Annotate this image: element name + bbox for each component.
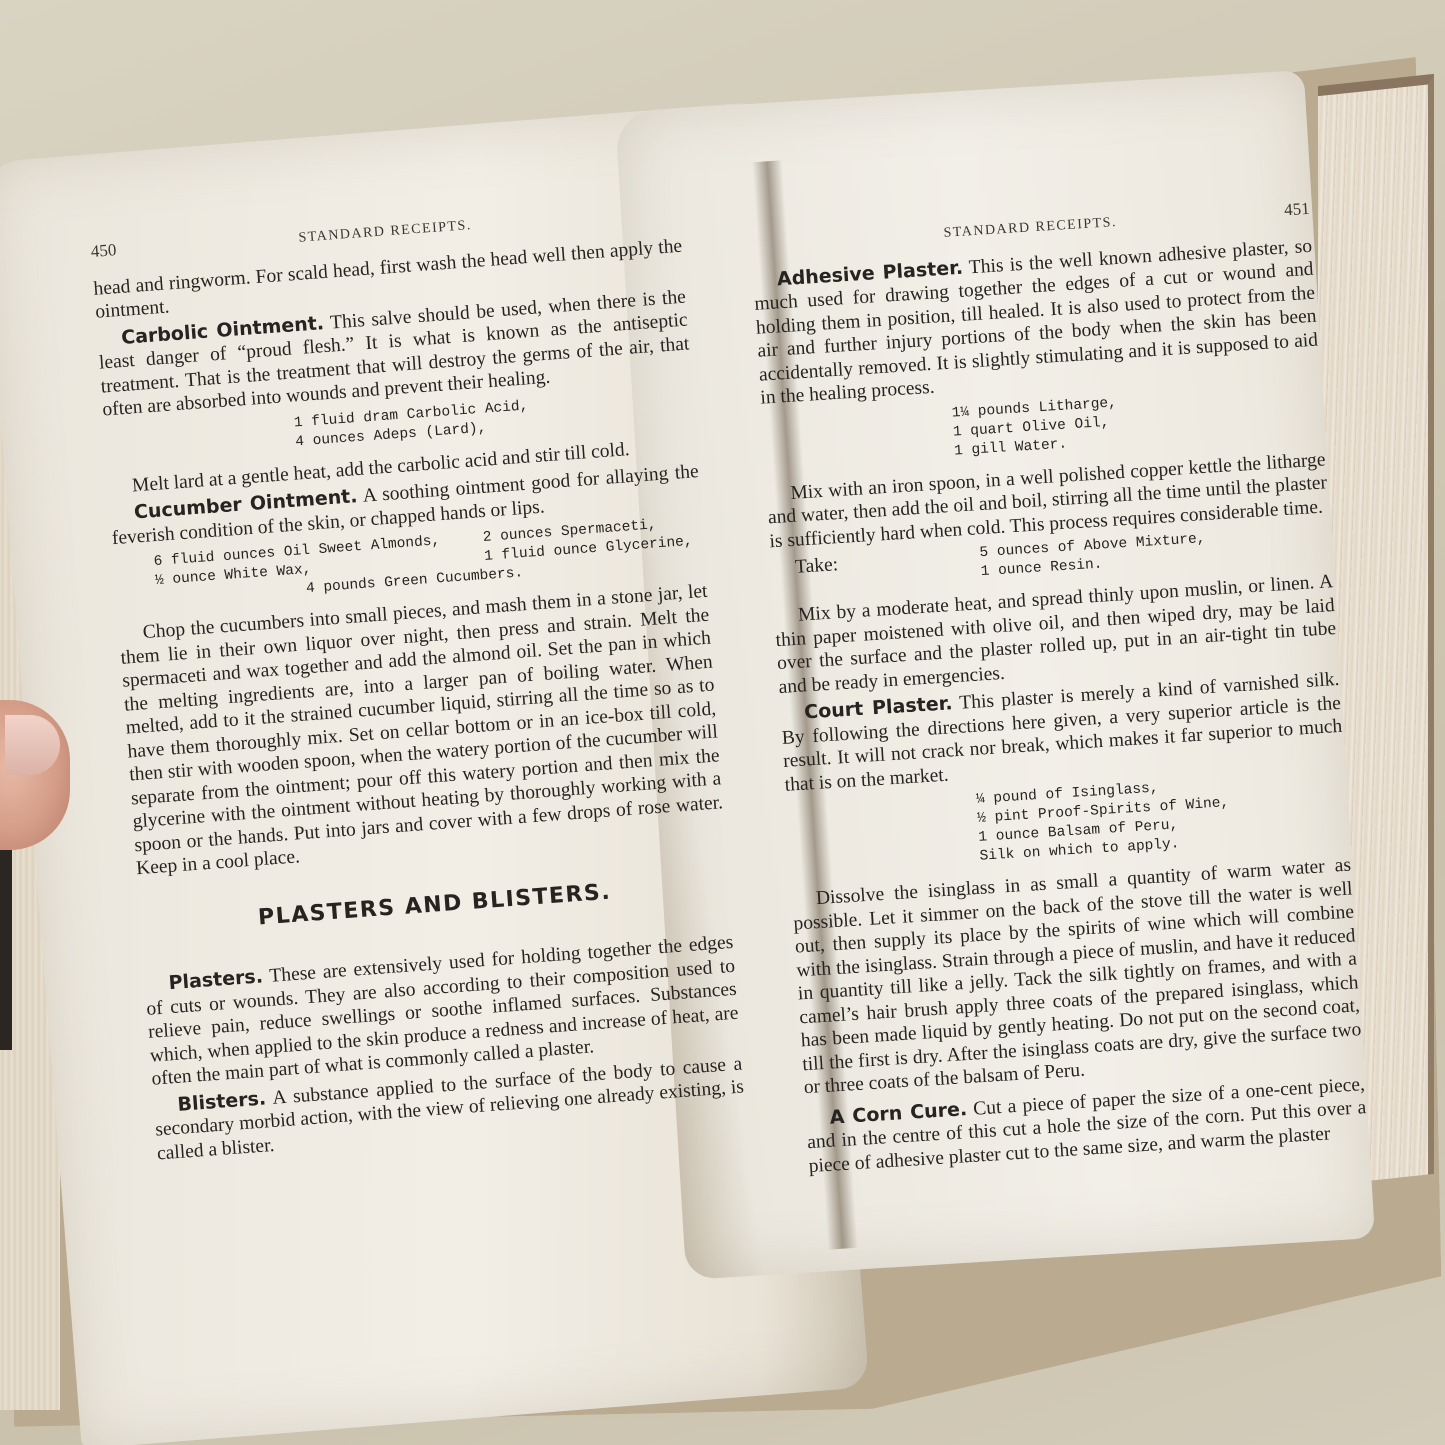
directions-text: Dissolve the isinglass in as small a qua… (791, 854, 1363, 1100)
background-shadow (0, 830, 12, 1050)
section-heading: PLASTERS AND BLISTERS. (140, 871, 730, 938)
right-page-content: 000 STANDARD RECEIPTS. 451 Adhesive Plas… (750, 197, 1369, 1182)
page-number-left: 450 (90, 238, 117, 263)
directions-text: Chop the cucumbers into small pieces, an… (118, 580, 725, 881)
entry-adhesive-plaster: Adhesive Plaster. This is the well known… (752, 234, 1320, 410)
left-page-content: 450 STANDARD RECEIPTS. 000 head and ring… (90, 197, 747, 1170)
page-number-right: 451 (1283, 197, 1310, 222)
entry-text: This is the well known adhesive plaster,… (754, 235, 1319, 408)
entry-title: Blisters. (177, 1087, 267, 1115)
